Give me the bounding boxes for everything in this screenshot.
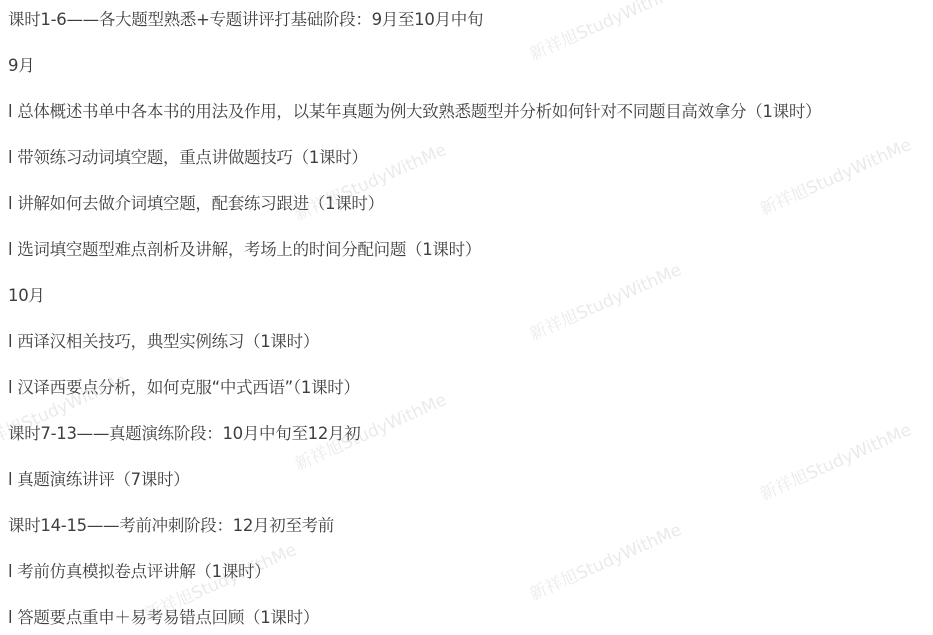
list-item: l 答题要点重申＋易考易错点回顾（1课时） [8, 606, 319, 630]
list-item: l 讲解如何去做介词填空题，配套练习跟进（1课时） [8, 192, 384, 216]
list-item: l 汉译西要点分析，如何克服“中式西语”（1课时） [8, 376, 360, 400]
list-item: l 真题演练讲评（7课时） [8, 468, 189, 492]
list-item: l 带领练习动词填空题，重点讲做题技巧（1课时） [8, 146, 368, 170]
section-heading-1-6: 课时1-6——各大题型熟悉+专题讲评打基础阶段：9月至10月中旬 [8, 8, 483, 32]
list-item: l 考前仿真模拟卷点评讲解（1课时） [8, 560, 270, 584]
list-item: l 总体概述书单中各本书的用法及作用，以某年真题为例大致熟悉题型并分析如何针对不… [8, 100, 821, 124]
watermark: 新祥旭StudyWithMe [525, 0, 685, 65]
section-heading-7-13: 课时7-13——真题演练阶段：10月中旬至12月初 [8, 422, 360, 446]
watermark: 新祥旭StudyWithMe [525, 516, 685, 605]
section-heading-14-15: 课时14-15——考前冲刺阶段：12月初至考前 [8, 514, 334, 538]
month-label-october: 10月 [8, 284, 45, 308]
watermark: 新祥旭StudyWithMe [525, 256, 685, 345]
watermark: 新祥旭StudyWithMe [755, 416, 915, 505]
month-label-september: 9月 [8, 54, 34, 78]
watermark: 新祥旭StudyWithMe [755, 131, 915, 220]
list-item: l 西译汉相关技巧，典型实例练习（1课时） [8, 330, 319, 354]
list-item: l 选词填空题型难点剖析及讲解，考场上的时间分配问题（1课时） [8, 238, 481, 262]
